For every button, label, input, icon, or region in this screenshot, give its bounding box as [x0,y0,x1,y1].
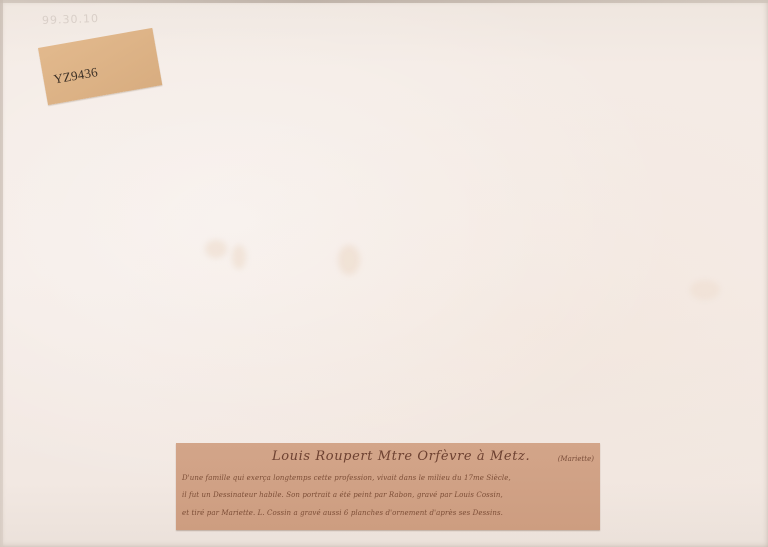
inventory-id: YZ9436 [52,64,99,87]
foxing-stain [338,245,360,275]
label-line: il fut un Dessinateur habile. Son portra… [182,491,503,499]
mounting-board: 99.30.10 YZ9436 Louis Roupert Mtre Orfèv… [0,0,768,547]
label-line: et tiré par Mariette. L. Cossin a gravé … [182,509,503,517]
foxing-stain [205,240,227,258]
handwritten-label: Louis Roupert Mtre Orfèvre à Metz. (Mari… [176,443,600,530]
label-title: Louis Roupert Mtre Orfèvre à Metz. [272,449,530,464]
label-line: D'une famille qui exerça longtemps cette… [182,474,511,482]
label-source-note: (Mariette) [558,455,594,463]
foxing-stain [232,245,246,269]
inventory-sticker: YZ9436 [38,28,162,105]
foxing-stain [690,280,720,300]
pencil-inventory-note: 99.30.10 [42,12,99,27]
